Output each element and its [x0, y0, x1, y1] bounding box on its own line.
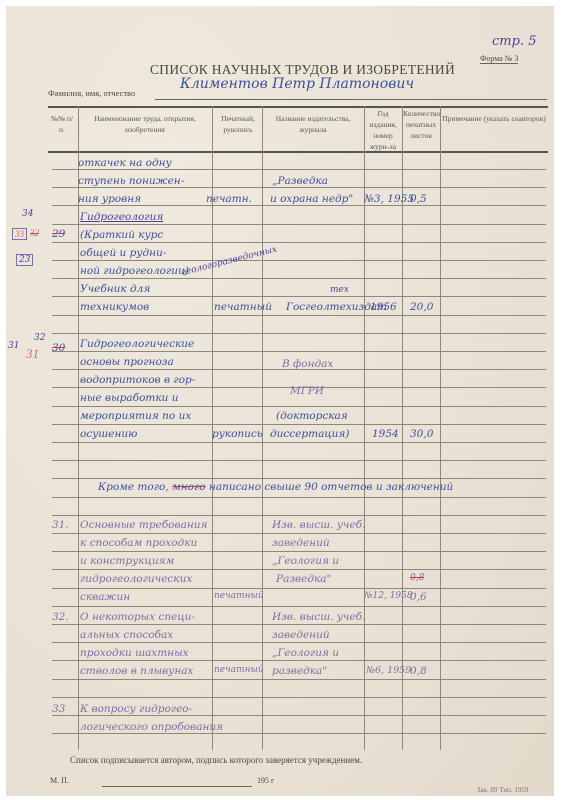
row-publisher-line: Изв. высш. учеб.: [272, 519, 365, 531]
row-rule: [52, 442, 546, 443]
header-note: Примечание (указать соавторов): [442, 113, 546, 124]
row-rule: [52, 697, 546, 698]
row-rule: [52, 533, 546, 534]
row-sheets: 30,0: [410, 428, 433, 440]
row-number: 30: [52, 342, 65, 354]
number-correction: 33: [12, 228, 27, 240]
row-title-line: ступень понижен-: [78, 175, 184, 187]
row-sheets: 0,5: [410, 193, 427, 205]
row-title-line: стволов в плывунах: [80, 665, 193, 677]
row-publisher-line: (докторская: [276, 410, 348, 422]
row-title-line: осушению: [80, 428, 137, 440]
header-title: Наименование труда, открытия, изобретени…: [80, 113, 210, 135]
number-correction: 32: [34, 333, 45, 343]
row-rule: [52, 642, 546, 643]
row-type: печатный: [214, 591, 264, 601]
row-rule: [52, 333, 546, 334]
form-label: Форма № 3: [480, 54, 518, 64]
row-title-line: и конструкциям: [80, 555, 174, 567]
row-title-line: гидрогеологических: [80, 573, 192, 585]
row-title-line: ния уровня: [78, 193, 141, 205]
column-divider: [440, 106, 441, 750]
date-line: [102, 786, 252, 787]
row-rule: [52, 478, 546, 479]
row-rule: [52, 551, 546, 552]
row-sheets: 0,8: [410, 665, 427, 677]
row-sheets-struck: 0,8: [410, 573, 424, 583]
row-publisher-line: МГРИ: [290, 385, 324, 397]
row-title-line: скважин: [80, 591, 130, 603]
row-rule: [52, 679, 546, 680]
row-year: 1954: [372, 428, 399, 440]
struck-word: много: [172, 481, 206, 493]
row-rule: [52, 606, 546, 607]
row-title-line: Основные требования: [80, 519, 207, 531]
header-year: Год издания, номер журн-ла: [365, 108, 401, 152]
row-number: 29: [52, 228, 65, 240]
table-top-rule: [48, 106, 548, 108]
row-rule: [52, 169, 546, 170]
fio-underline: [155, 99, 547, 100]
row-publisher-line: диссертация): [270, 428, 349, 440]
row-type: печатный: [214, 301, 272, 313]
row-title-line: логического опробования: [80, 721, 223, 733]
row-rule: [52, 715, 546, 716]
row-publisher-line: Разведка": [276, 573, 331, 585]
stamp-place-label: М. П.: [50, 776, 69, 785]
row-title-line: альных способах: [80, 629, 173, 641]
row-title-line: основы прогноза: [80, 356, 174, 368]
row-publisher-line: В фондах: [282, 358, 333, 370]
header-type: Печатный, рукопись: [214, 113, 262, 135]
row-publisher-line: заведений: [272, 537, 330, 549]
header-sheets: Количество печатных листов: [403, 108, 439, 141]
number-correction: 23: [16, 254, 33, 266]
row-title-line: (Краткий курс: [80, 229, 163, 241]
row-title-line: ной гидрогеологии): [80, 265, 189, 277]
row-title-line: Гидрогеология: [80, 211, 163, 223]
row-rule: [52, 278, 546, 279]
row-year: №3, 1955: [364, 193, 414, 205]
row-rule: [52, 205, 546, 206]
row-title-line: мероприятия по их: [80, 410, 191, 422]
remark: Кроме того, много написано свыше 90 отче…: [98, 481, 453, 493]
row-year: 1956: [370, 301, 397, 313]
row-publisher-line: „Геология и: [272, 555, 339, 567]
print-info: Зак. 89 Тип. 1959: [477, 786, 528, 794]
fio-label: Фамилия, имя, отчество: [48, 88, 135, 98]
publisher-insert: тех: [330, 285, 349, 295]
row-publisher-line: разведка": [272, 665, 327, 677]
row-publisher-line: Изв. высш. учеб.: [272, 611, 365, 623]
row-title-line: Учебник для: [80, 283, 150, 295]
row-title-line: ные выработки и: [80, 392, 178, 404]
row-rule: [52, 497, 546, 498]
row-rule: [52, 242, 546, 243]
row-rule: [52, 733, 546, 734]
remark-text: Кроме того, много написано свыше 90 отче…: [98, 481, 453, 493]
row-title-line: проходки шахтных: [80, 647, 189, 659]
row-rule: [52, 187, 546, 188]
row-rule: [52, 260, 546, 261]
header-number: №№ п/п.: [48, 113, 76, 135]
row-title-line: откачек на одну: [78, 157, 172, 169]
row-title-line: О некоторых специ-: [80, 611, 195, 623]
row-rule: [52, 624, 546, 625]
row-number: 33: [52, 703, 65, 715]
number-correction: 32: [30, 228, 39, 238]
row-rule: [52, 515, 546, 516]
row-year: №6, 1959: [366, 665, 411, 676]
year-suffix: 195 г: [257, 776, 274, 785]
row-sheets: 20,0: [410, 301, 433, 313]
row-year: №12, 1958: [364, 591, 413, 601]
row-title-line: к способам проходки: [80, 537, 197, 549]
number-correction: 31: [26, 346, 39, 362]
page-marker: стр. 5: [492, 34, 536, 49]
row-rule: [52, 569, 546, 570]
header-publisher: Название издательства, журнала: [264, 113, 362, 135]
footer-note: Список подписывается автором, подпись ко…: [70, 755, 362, 765]
row-publisher-line: „Геология и: [272, 647, 339, 659]
row-publisher-line: и охрана недр": [270, 193, 353, 205]
row-rule: [52, 296, 546, 297]
row-publisher-line: „Разведка: [272, 175, 328, 187]
row-rule: [52, 406, 546, 407]
row-type: рукопись: [212, 428, 263, 440]
row-number: 31.: [52, 519, 69, 531]
number-correction: 34: [22, 209, 33, 219]
row-number: 32.: [52, 611, 69, 623]
row-sheets: 0,6: [410, 591, 427, 603]
row-title-line: водопритоков в гор-: [80, 374, 195, 386]
fio-value: Климентов Петр Платонович: [180, 76, 414, 92]
row-type: печатный: [214, 665, 264, 675]
row-title-line: общей и рудни-: [80, 247, 166, 259]
row-title-line: К вопросу гидрогео-: [80, 703, 192, 715]
table-header-rule: [48, 151, 548, 153]
row-rule: [52, 424, 546, 425]
row-title-line: Гидрогеологические: [80, 338, 194, 350]
row-rule: [52, 224, 546, 225]
row-rule: [52, 351, 546, 352]
row-rule: [52, 660, 546, 661]
row-rule: [52, 588, 546, 589]
number-correction: 31: [8, 341, 19, 351]
row-rule: [52, 460, 546, 461]
row-publisher-line: заведений: [272, 629, 330, 641]
row-title-line: техникумов: [80, 301, 149, 313]
row-rule: [52, 315, 546, 316]
row-type: печатн.: [206, 193, 252, 205]
